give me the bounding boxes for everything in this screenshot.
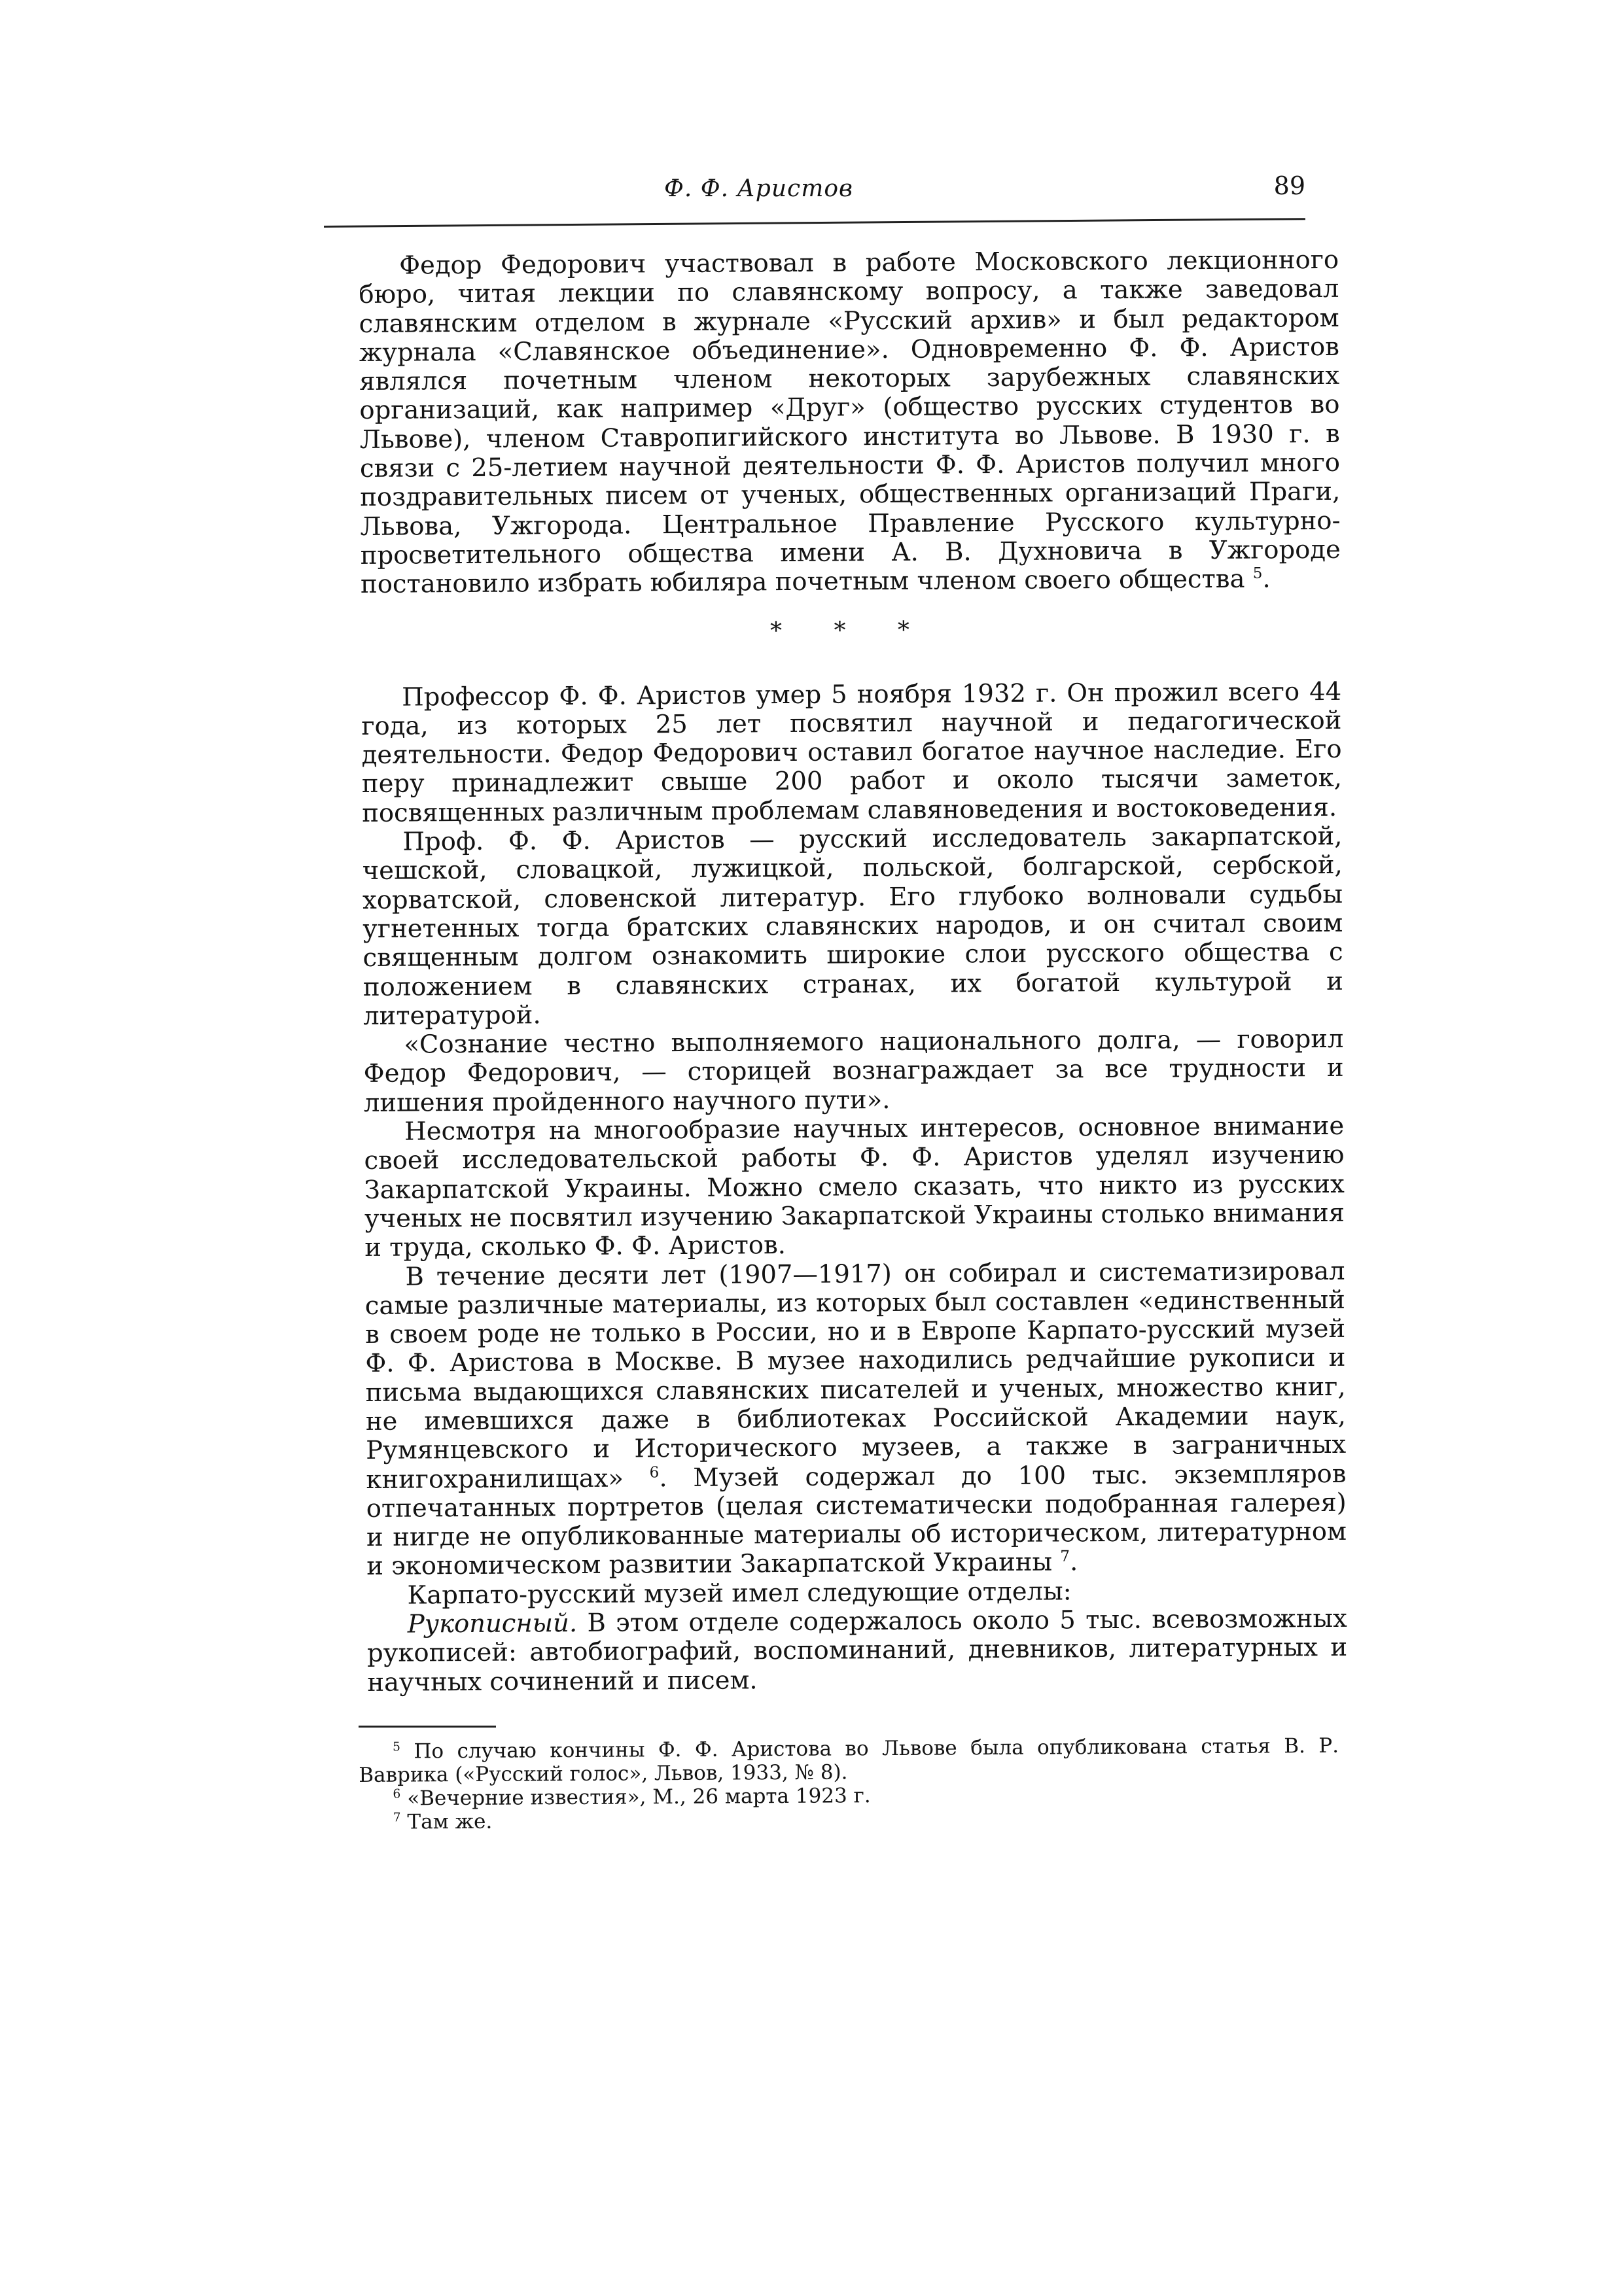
- footnote-ref: 5: [1253, 565, 1263, 582]
- paragraph: Профессор Ф. Ф. Аристов умер 5 ноября 19…: [361, 677, 1342, 828]
- separator-block: * * *: [361, 593, 1341, 683]
- paragraph: Несмотря на многообразие научных интерес…: [364, 1112, 1345, 1263]
- paragraph: В течение десяти лет (1907—1917) он соби…: [364, 1257, 1347, 1581]
- footnote-rule: [359, 1726, 496, 1728]
- paragraph-quote: «Сознание честно выполняемого национальн…: [363, 1025, 1344, 1118]
- header-rule: [324, 218, 1305, 228]
- section-separator: * * *: [361, 613, 1341, 648]
- paragraph: Рукописный. В этом отделе содержалось ок…: [367, 1605, 1348, 1697]
- footnote-ref: 6: [650, 1464, 660, 1481]
- paragraph: Федор Федорович участвовал в работе Моск…: [359, 246, 1341, 600]
- footnotes: 5 По случаю кончины Ф. Ф. Аристова во Ль…: [359, 1734, 1339, 1834]
- footnote-ref: 7: [1060, 1548, 1070, 1565]
- main-text: Федор Федорович участвовал в работе Моск…: [359, 246, 1347, 1697]
- department-name: Рукописный.: [408, 1609, 578, 1639]
- book-page: Ф. Ф. Аристов 89 Федор Федорович участво…: [0, 0, 1624, 2296]
- footnote: 5 По случаю кончины Ф. Ф. Аристова во Ль…: [359, 1734, 1339, 1787]
- paragraph: Проф. Ф. Ф. Аристов — русский исследоват…: [362, 822, 1343, 1031]
- running-head: Ф. Ф. Аристов 89: [324, 171, 1305, 211]
- page-number: 89: [1274, 171, 1305, 200]
- running-title: Ф. Ф. Аристов: [664, 175, 853, 202]
